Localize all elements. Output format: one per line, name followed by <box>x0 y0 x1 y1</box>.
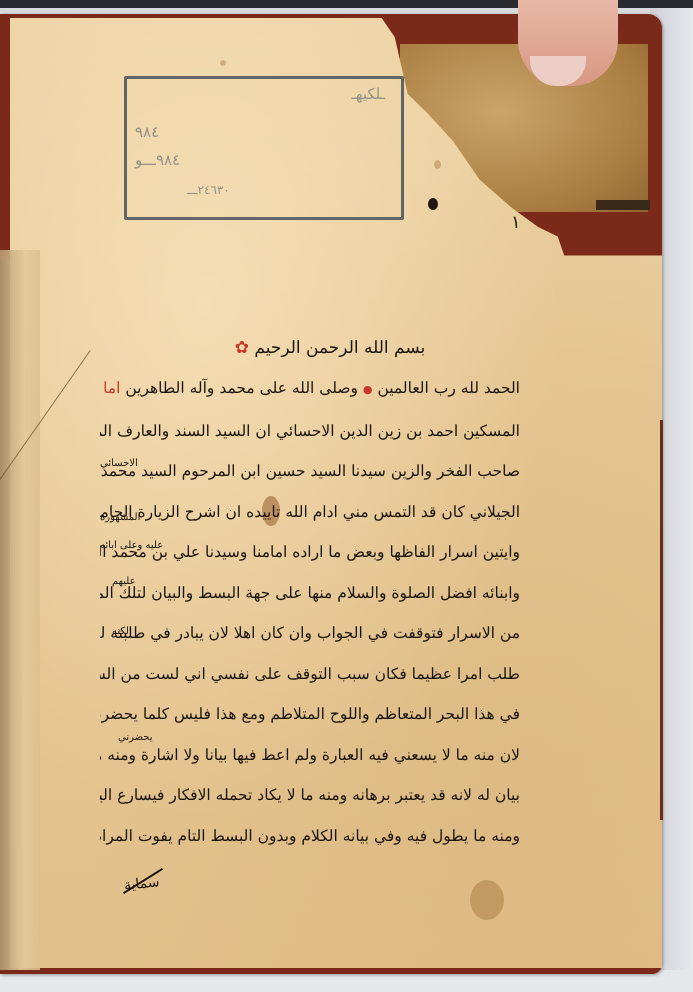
rubric-text: اما بعد <box>100 379 120 397</box>
stamp-line: ٩٨٤ <box>135 123 159 141</box>
text-line: من الاسرار فتوقفت في الجواب وان كان اهلا… <box>100 613 520 654</box>
margin-note: يحضرني <box>118 732 153 743</box>
verse-marker-icon: ● <box>363 383 373 396</box>
text-line: الجيلاني كان قد التمس مني ادام الله تايي… <box>100 492 520 533</box>
margin-note: لكنه <box>112 626 129 637</box>
ink-blot <box>428 198 438 210</box>
text-line: بيان له لانه قد يعتبر برهانه ومنه ما لا … <box>100 775 520 816</box>
margin-note: المشهورة <box>100 512 140 523</box>
binding-edge <box>660 420 663 820</box>
margin-note: عليهم <box>112 576 136 587</box>
text-line: وايتين اسرار الفاظها وبعض ما اراده امامن… <box>100 532 520 573</box>
text-line: صاحب الفخر والزين سيدنا السيد حسين ابن ا… <box>100 451 520 492</box>
foxing-spot <box>220 60 226 66</box>
rosette-icon: ✿ <box>235 338 249 358</box>
margin-note: الاحسائي <box>100 458 138 469</box>
cover-shadow <box>596 200 650 210</box>
text-line: المسكين احمد بن زين الدين الاحسائي ان ال… <box>100 411 520 452</box>
margin-note: عليه وعلى ابائه <box>100 540 163 551</box>
stamp-line: ٢٤٦٣٠ـــ <box>187 183 230 197</box>
text-line: في هذا البحر المتعاظم واللوح المتلاطم وم… <box>100 694 520 735</box>
text-line: الحمد لله رب العالمين ● وصلى الله على مح… <box>100 368 520 411</box>
foxing-spot <box>434 160 441 169</box>
text-line: وابنائه افضل الصلوة والسلام منها على جهة… <box>100 573 520 614</box>
manuscript-text: بسم الله الرحمن الرحيم ✿ الحمد لله رب ال… <box>100 338 520 856</box>
text-line: ومنه ما يطول فيه وفي بيانه الكلام وبدون … <box>100 816 520 857</box>
basmala-heading: بسم الله الرحمن الرحيم ✿ <box>140 338 520 358</box>
repaired-gutter-strip <box>0 250 40 970</box>
text-line: لان منه ما لا يسعني فيه العبارة ولم اعط … <box>100 735 520 776</box>
stamp-line: ـلكيهـ <box>352 85 385 103</box>
library-stamp: ـلكيهـ ٩٨٤ ٩٨٤ـــو ٢٤٦٣٠ـــ <box>124 76 404 220</box>
text-line: طلب امرا عظيما فكان سبب التوقف على نفسي … <box>100 654 520 695</box>
stamp-line: ٩٨٤ـــو <box>135 151 180 169</box>
water-stain <box>470 880 504 920</box>
folio-number: ١ <box>511 212 521 233</box>
basmala-text: بسم الله الرحمن الرحيم <box>254 338 425 358</box>
